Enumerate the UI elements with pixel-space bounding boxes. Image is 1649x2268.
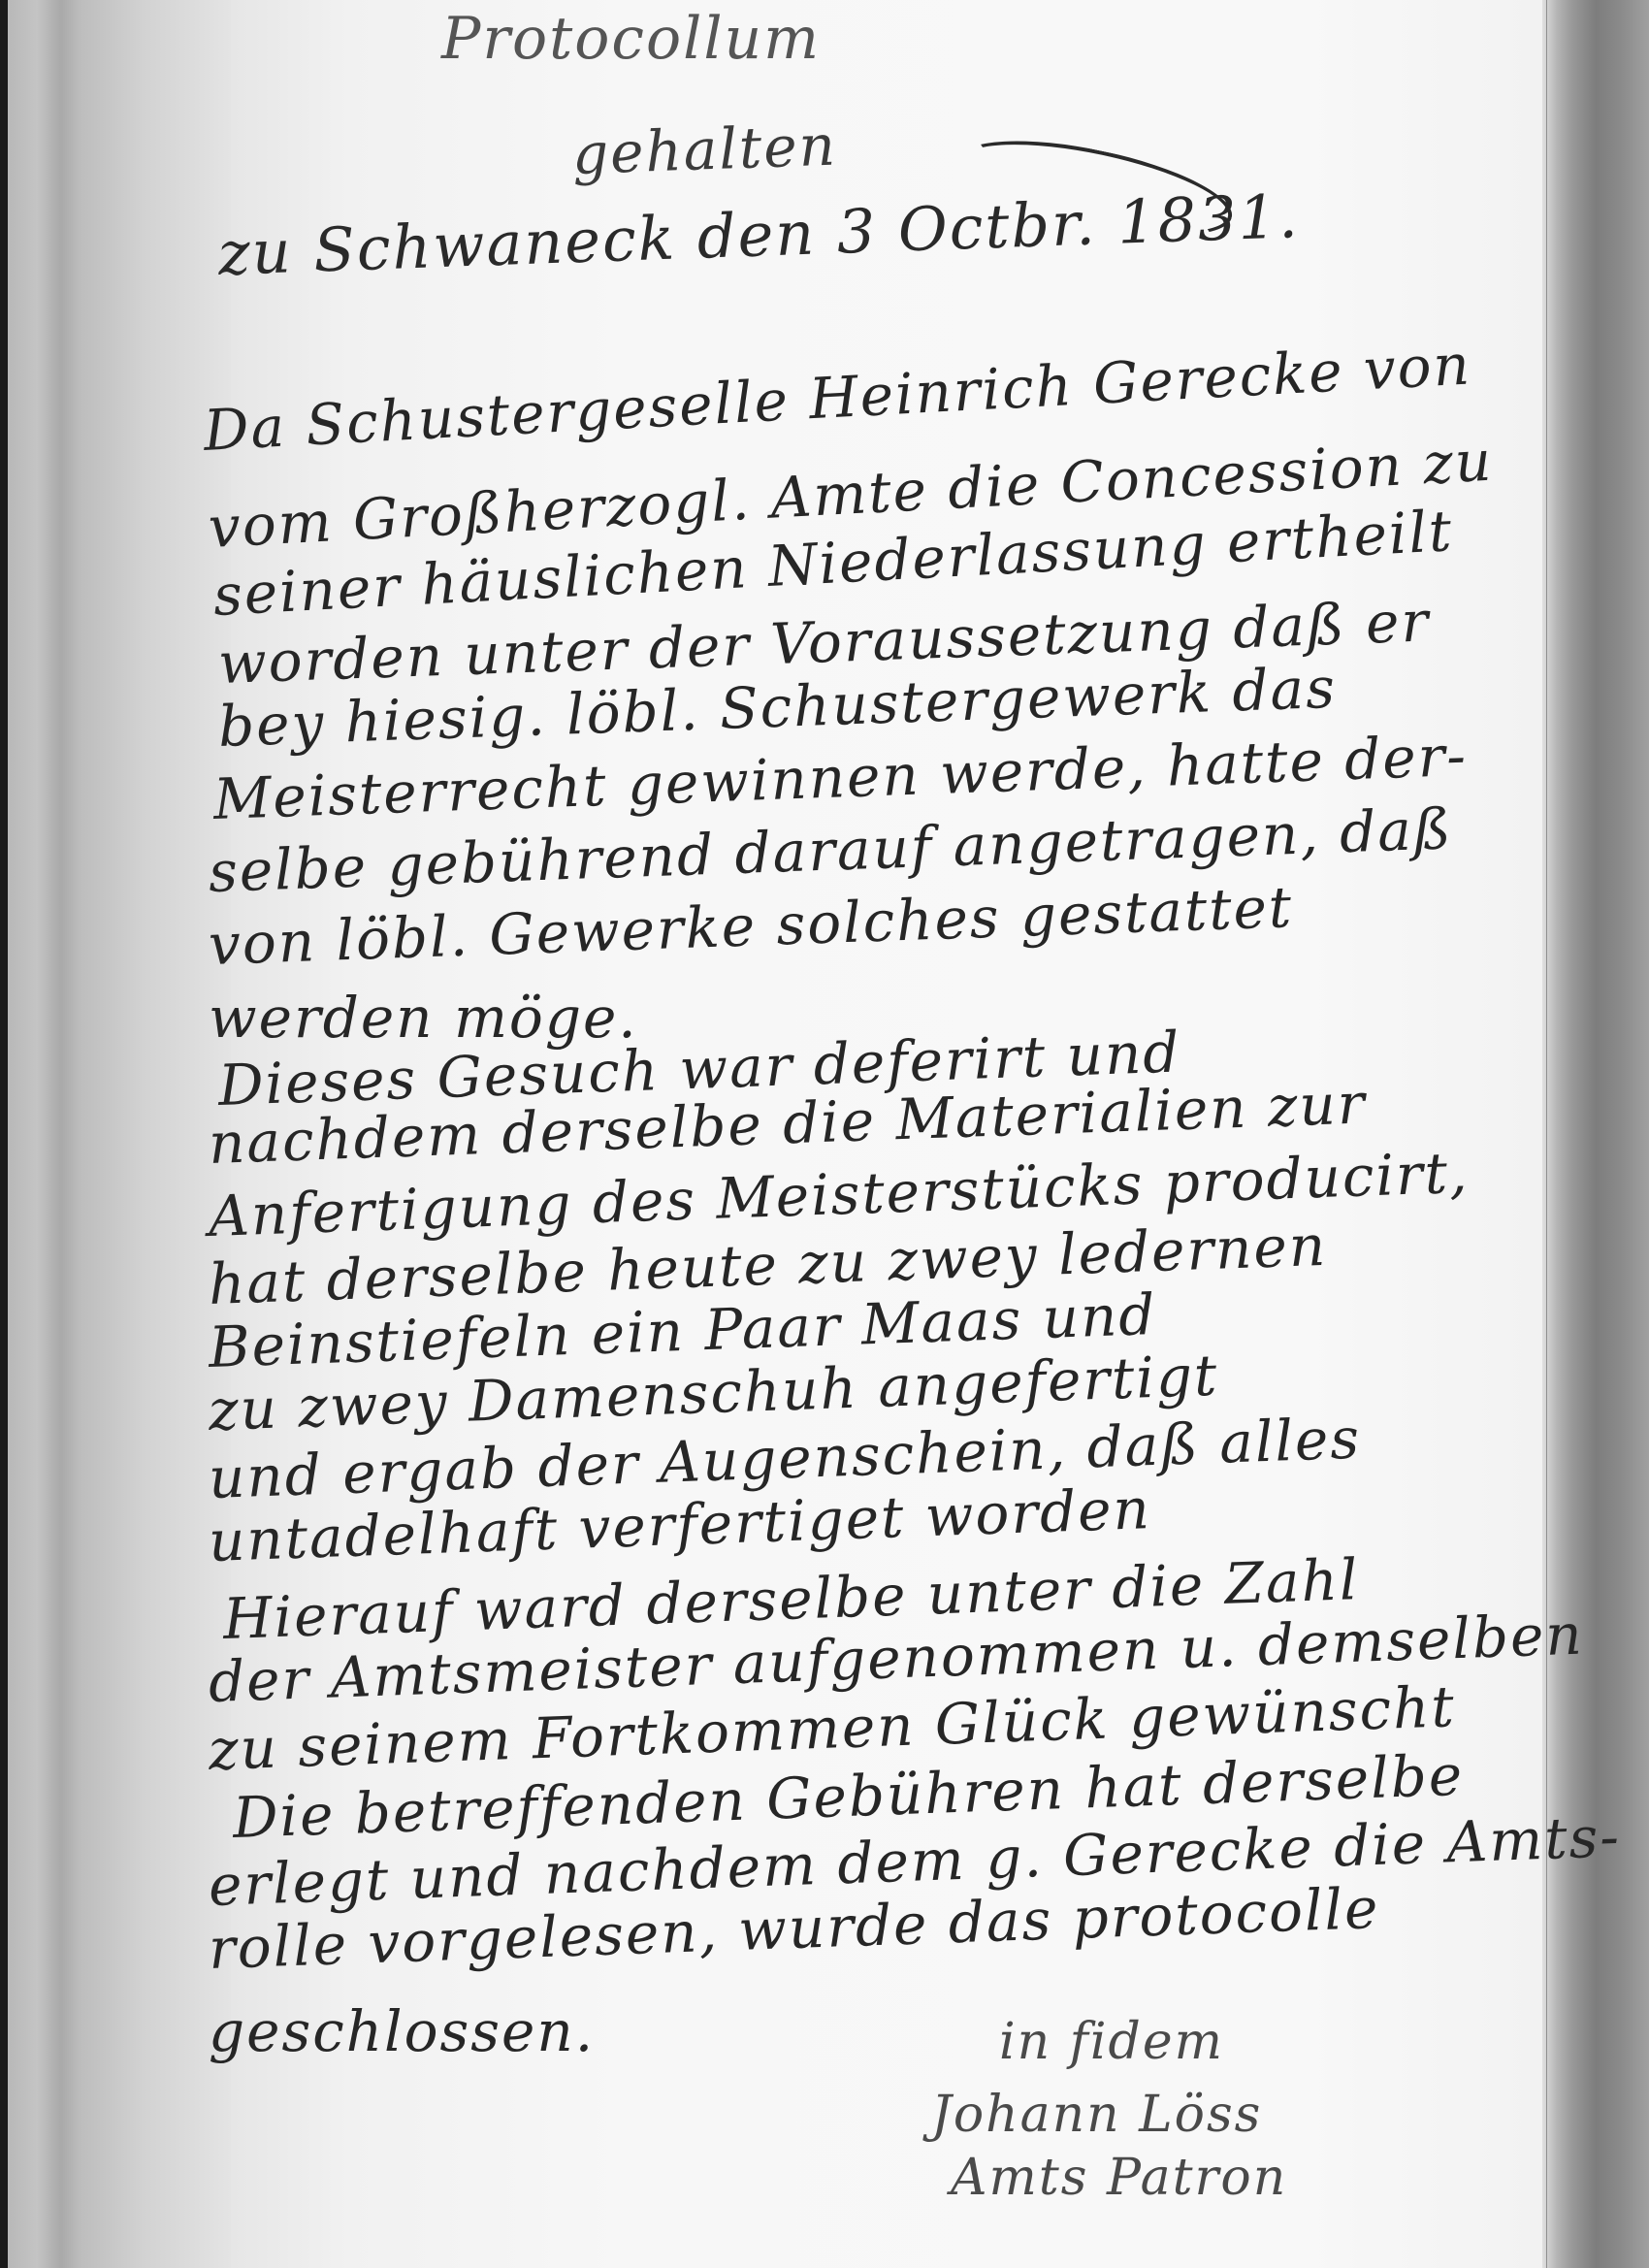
signature-role: Amts Patron bbox=[951, 2149, 1287, 2207]
signature-attestation: in fidem bbox=[999, 2013, 1224, 2071]
body-line: geschlossen. bbox=[209, 1998, 595, 2064]
page-stack-edge bbox=[1542, 0, 1649, 2268]
book-gutter-shadow bbox=[8, 0, 231, 2268]
document-title: Protocollum bbox=[441, 5, 821, 73]
book-spine-edge bbox=[0, 0, 8, 2268]
document-subtitle: gehalten bbox=[571, 112, 838, 186]
signature-name: Johann Löss bbox=[931, 2086, 1262, 2144]
